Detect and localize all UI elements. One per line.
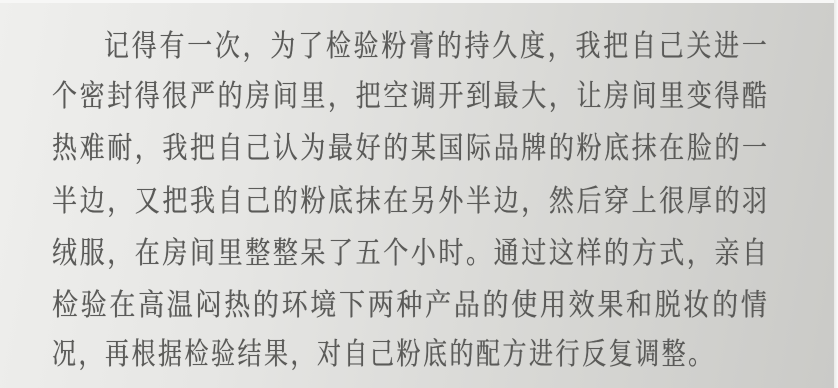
paragraph-line-6: 检验在高温闷热的环境下两种产品的使用效果和脱妆的情	[52, 289, 770, 323]
paragraph-line-3: 热难耐，我把自己认为最好的某国际品牌的粉底抹在脸的一	[52, 132, 770, 166]
body-paragraph: 记得有一次，为了检验粉膏的持久度，我把自己关进一 个密封得很严的房间里，把空调开…	[0, 0, 838, 388]
paragraph-line-4: 半边，又把我自己的粉底抹在另外半边，然后穿上很厚的羽	[52, 185, 770, 219]
page-right-edge	[834, 0, 838, 388]
paragraph-line-1: 记得有一次，为了检验粉膏的持久度，我把自己关进一	[104, 30, 770, 64]
paragraph-line-5: 绒服，在房间里整整呆了五个小时。通过这样的方式，亲自	[52, 237, 770, 271]
scanned-page: 记得有一次，为了检验粉膏的持久度，我把自己关进一 个密封得很严的房间里，把空调开…	[0, 0, 838, 388]
paragraph-line-7: 况，再根据检验结果，对自己粉底的配方进行反复调整。	[52, 338, 715, 372]
paragraph-line-2: 个密封得很严的房间里，把空调开到最大，让房间里变得酷	[52, 80, 770, 114]
